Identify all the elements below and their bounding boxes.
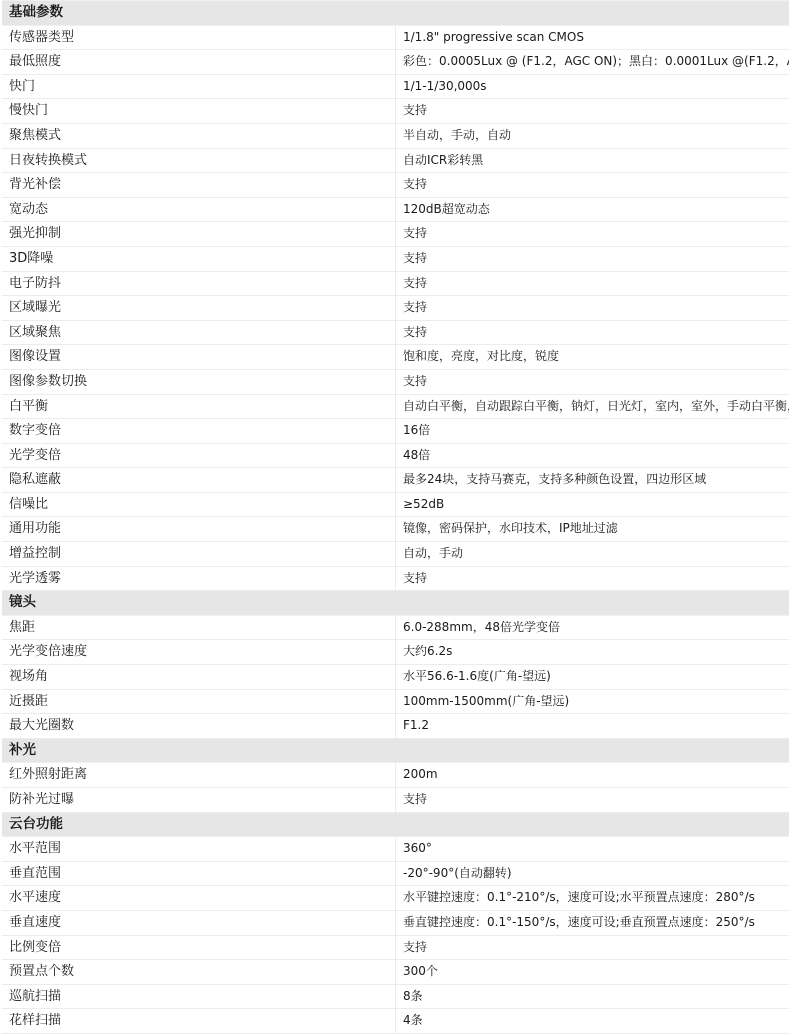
spec-value: 支持	[396, 246, 790, 271]
spec-row: 通用功能镜像，密码保护，水印技术，IP地址过滤	[2, 517, 789, 542]
spec-row: 视场角水平56.6-1.6度(广角-望远)	[2, 665, 789, 690]
spec-row: 信噪比≥52dB	[2, 492, 789, 517]
spec-value: 48倍	[396, 443, 790, 468]
spec-value: 6.0-288mm，48倍光学变倍	[396, 615, 790, 640]
spec-value: 饱和度，亮度，对比度，锐度	[396, 345, 790, 370]
spec-value: 1/1-1/30,000s	[396, 74, 790, 99]
spec-row: 慢快门支持	[2, 99, 789, 124]
section-title: 补光	[2, 738, 789, 763]
spec-label: 视场角	[2, 665, 396, 690]
section-title: 基础参数	[2, 1, 789, 26]
section-title: 云台功能	[2, 812, 789, 837]
spec-row: 垂直速度垂直键控速度：0.1°-150°/s，速度可设;垂直预置点速度：250°…	[2, 910, 789, 935]
spec-label: 焦距	[2, 615, 396, 640]
spec-row: 电子防抖支持	[2, 271, 789, 296]
spec-row: 背光补偿支持	[2, 173, 789, 198]
spec-value: ≥52dB	[396, 492, 790, 517]
spec-label: 预置点个数	[2, 960, 396, 985]
spec-row: 近摄距100mm-1500mm(广角-望远)	[2, 689, 789, 714]
spec-value: 支持	[396, 296, 790, 321]
spec-row: 巡航扫描8条	[2, 984, 789, 1009]
spec-value: 支持	[396, 788, 790, 813]
spec-value: 300个	[396, 960, 790, 985]
spec-label: 防补光过曝	[2, 788, 396, 813]
spec-value: 支持	[396, 99, 790, 124]
spec-table-body: 基础参数传感器类型1/1.8" progressive scan CMOS最低照…	[2, 1, 789, 1034]
spec-label: 巡航扫描	[2, 984, 396, 1009]
spec-row: 比例变倍支持	[2, 935, 789, 960]
spec-row: 传感器类型1/1.8" progressive scan CMOS	[2, 25, 789, 50]
spec-value: 4条	[396, 1009, 790, 1034]
spec-value: 支持	[396, 222, 790, 247]
spec-value: 垂直键控速度：0.1°-150°/s，速度可设;垂直预置点速度：250°/s	[396, 910, 790, 935]
spec-label: 隐私遮蔽	[2, 468, 396, 493]
section-header: 基础参数	[2, 1, 789, 26]
spec-label: 光学变倍速度	[2, 640, 396, 665]
spec-value: 自动ICR彩转黑	[396, 148, 790, 173]
spec-value: 支持	[396, 935, 790, 960]
spec-value: 1/1.8" progressive scan CMOS	[396, 25, 790, 50]
spec-value: 8条	[396, 984, 790, 1009]
spec-table: 基础参数传感器类型1/1.8" progressive scan CMOS最低照…	[2, 0, 789, 1034]
spec-row: 垂直范围-20°-90°(自动翻转)	[2, 861, 789, 886]
spec-label: 聚焦模式	[2, 123, 396, 148]
spec-label: 水平范围	[2, 837, 396, 862]
spec-label: 通用功能	[2, 517, 396, 542]
spec-row: 花样扫描4条	[2, 1009, 789, 1034]
spec-label: 区域曝光	[2, 296, 396, 321]
spec-row: 区域聚焦支持	[2, 320, 789, 345]
spec-label: 信噪比	[2, 492, 396, 517]
spec-label: 图像参数切换	[2, 369, 396, 394]
spec-row: 焦距6.0-288mm，48倍光学变倍	[2, 615, 789, 640]
spec-row: 防补光过曝支持	[2, 788, 789, 813]
section-header: 云台功能	[2, 812, 789, 837]
spec-label: 数字变倍	[2, 419, 396, 444]
spec-row: 最大光圈数F1.2	[2, 714, 789, 739]
spec-label: 白平衡	[2, 394, 396, 419]
spec-row: 红外照射距离200m	[2, 763, 789, 788]
spec-row: 快门1/1-1/30,000s	[2, 74, 789, 99]
spec-value: 自动白平衡，自动跟踪白平衡，钠灯，日光灯，室内，室外，手动白平衡，锁定白平衡	[396, 394, 790, 419]
spec-value: 120dB超宽动态	[396, 197, 790, 222]
spec-row: 光学变倍速度大约6.2s	[2, 640, 789, 665]
spec-label: 强光抑制	[2, 222, 396, 247]
spec-label: 垂直速度	[2, 910, 396, 935]
spec-row: 宽动态120dB超宽动态	[2, 197, 789, 222]
spec-value: 100mm-1500mm(广角-望远)	[396, 689, 790, 714]
spec-value: 200m	[396, 763, 790, 788]
spec-row: 白平衡自动白平衡，自动跟踪白平衡，钠灯，日光灯，室内，室外，手动白平衡，锁定白平…	[2, 394, 789, 419]
spec-label: 图像设置	[2, 345, 396, 370]
spec-row: 隐私遮蔽最多24块，支持马赛克，支持多种颜色设置，四边形区域	[2, 468, 789, 493]
spec-row: 数字变倍16倍	[2, 419, 789, 444]
spec-value: 水平56.6-1.6度(广角-望远)	[396, 665, 790, 690]
spec-value: 360°	[396, 837, 790, 862]
spec-row: 日夜转换模式自动ICR彩转黑	[2, 148, 789, 173]
spec-value: 支持	[396, 320, 790, 345]
spec-label: 日夜转换模式	[2, 148, 396, 173]
spec-label: 宽动态	[2, 197, 396, 222]
spec-value: 支持	[396, 271, 790, 296]
spec-value: 大约6.2s	[396, 640, 790, 665]
spec-label: 最低照度	[2, 50, 396, 75]
spec-value: 支持	[396, 566, 790, 591]
spec-row: 图像设置饱和度，亮度，对比度，锐度	[2, 345, 789, 370]
spec-label: 增益控制	[2, 542, 396, 567]
spec-row: 水平速度水平键控速度：0.1°-210°/s，速度可设;水平预置点速度：280°…	[2, 886, 789, 911]
spec-label: 比例变倍	[2, 935, 396, 960]
spec-label: 光学变倍	[2, 443, 396, 468]
spec-label: 快门	[2, 74, 396, 99]
spec-row: 强光抑制支持	[2, 222, 789, 247]
spec-value: 水平键控速度：0.1°-210°/s，速度可设;水平预置点速度：280°/s	[396, 886, 790, 911]
spec-row: 图像参数切换支持	[2, 369, 789, 394]
spec-label: 3D降噪	[2, 246, 396, 271]
spec-label: 传感器类型	[2, 25, 396, 50]
spec-label: 慢快门	[2, 99, 396, 124]
spec-value: 支持	[396, 369, 790, 394]
spec-label: 近摄距	[2, 689, 396, 714]
spec-row: 最低照度彩色：0.0005Lux @ (F1.2，AGC ON)；黑白：0.00…	[2, 50, 789, 75]
spec-row: 光学变倍48倍	[2, 443, 789, 468]
spec-value: -20°-90°(自动翻转)	[396, 861, 790, 886]
spec-value: 支持	[396, 173, 790, 198]
spec-value: F1.2	[396, 714, 790, 739]
spec-row: 水平范围360°	[2, 837, 789, 862]
spec-value: 彩色：0.0005Lux @ (F1.2，AGC ON)；黑白：0.0001Lu…	[396, 50, 790, 75]
spec-label: 垂直范围	[2, 861, 396, 886]
spec-row: 聚焦模式半自动，手动，自动	[2, 123, 789, 148]
spec-value: 最多24块，支持马赛克，支持多种颜色设置，四边形区域	[396, 468, 790, 493]
spec-label: 水平速度	[2, 886, 396, 911]
spec-label: 光学透雾	[2, 566, 396, 591]
spec-row: 预置点个数300个	[2, 960, 789, 985]
section-header: 镜头	[2, 591, 789, 616]
spec-label: 背光补偿	[2, 173, 396, 198]
spec-value: 自动，手动	[396, 542, 790, 567]
spec-value: 半自动，手动，自动	[396, 123, 790, 148]
spec-row: 区域曝光支持	[2, 296, 789, 321]
spec-row: 增益控制自动，手动	[2, 542, 789, 567]
section-header: 补光	[2, 738, 789, 763]
spec-label: 最大光圈数	[2, 714, 396, 739]
spec-label: 花样扫描	[2, 1009, 396, 1034]
spec-value: 16倍	[396, 419, 790, 444]
spec-value: 镜像，密码保护，水印技术，IP地址过滤	[396, 517, 790, 542]
section-title: 镜头	[2, 591, 789, 616]
spec-label: 区域聚焦	[2, 320, 396, 345]
spec-label: 红外照射距离	[2, 763, 396, 788]
spec-label: 电子防抖	[2, 271, 396, 296]
spec-row: 3D降噪支持	[2, 246, 789, 271]
spec-row: 光学透雾支持	[2, 566, 789, 591]
